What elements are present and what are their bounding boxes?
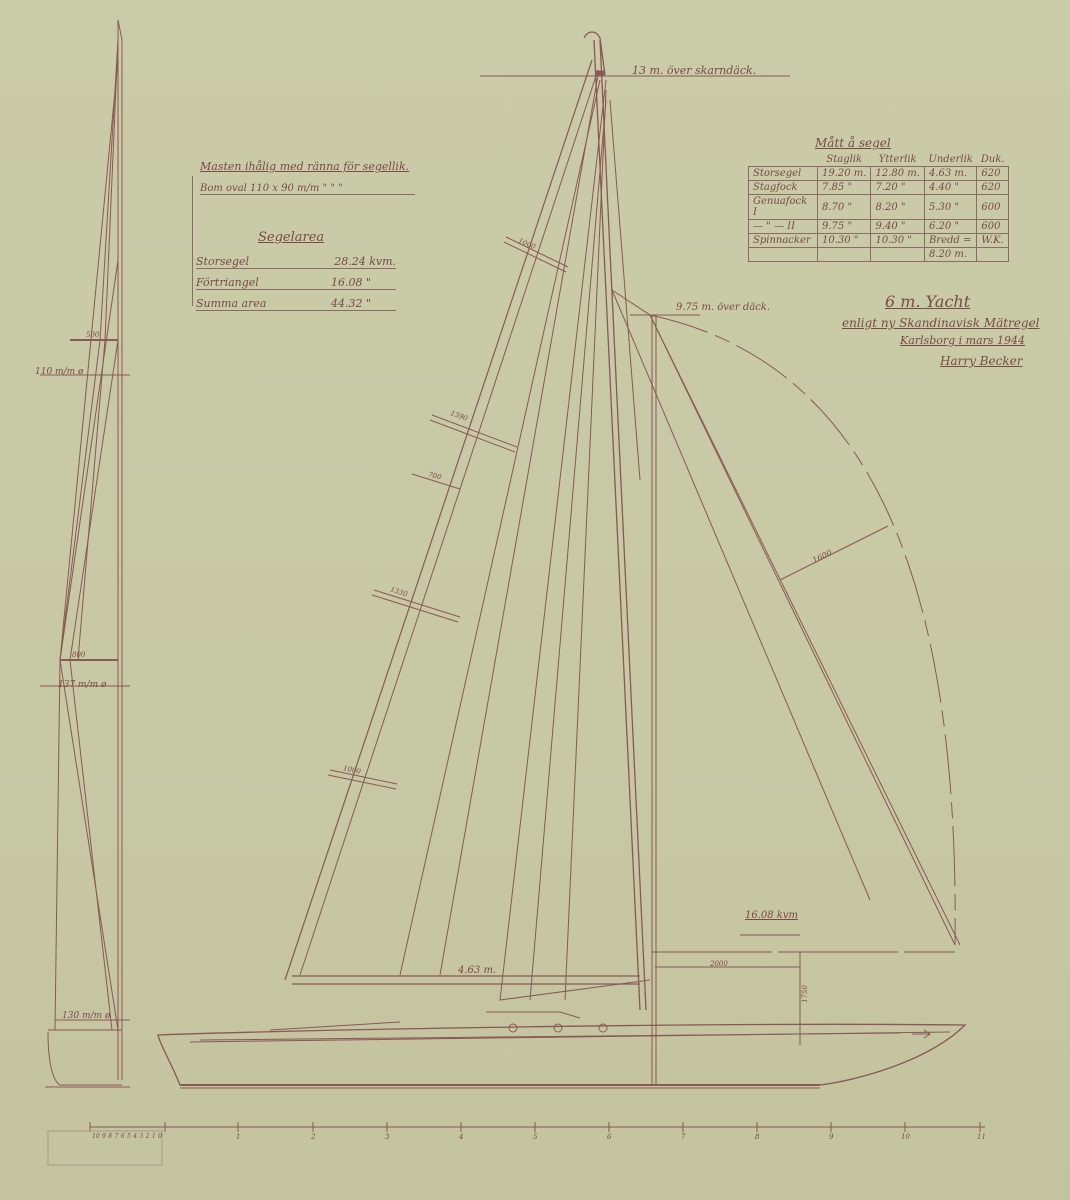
scale-tick-label: 2	[311, 1133, 315, 1141]
cell: 8.20 m.	[924, 248, 976, 262]
segelarea-heading: Segelarea	[258, 230, 324, 245]
scale-tick-label: 1	[152, 1133, 156, 1140]
table-row: — " — II 9.75 " 9.40 " 6.20 " 600	[749, 220, 1009, 234]
cell: 7.85 "	[818, 181, 871, 195]
segelarea-label: Summa area	[196, 297, 266, 310]
drawing-subtitle: enligt ny Skandinavisk Mätregel	[842, 316, 1040, 330]
scale-tick-label: 3	[139, 1133, 143, 1140]
scale-tick-label: 9	[102, 1133, 106, 1140]
col-header: Ytterlik	[871, 153, 924, 167]
scale-tick-label: 7	[681, 1133, 685, 1141]
mast-section-view	[40, 20, 130, 1087]
drawing-signature: Harry Becker	[940, 354, 1022, 368]
fore-height-note: 9.75 m. över däck.	[676, 302, 770, 313]
mast-note-line1: Masten ihålig med ränna för segellik.	[200, 160, 409, 173]
scale-tick-label: 4	[459, 1133, 463, 1141]
scale-tick-label: 7	[115, 1133, 119, 1140]
scale-tick-label: 5	[127, 1133, 131, 1140]
matt-heading: Mått å segel	[815, 136, 891, 150]
cell: 620	[977, 167, 1009, 181]
scale-tick-label: 8	[755, 1133, 759, 1141]
scale-tick-label: 11	[977, 1133, 986, 1141]
drawing-place-date: Karlsborg i mars 1944	[900, 334, 1025, 347]
segelarea-table: Storsegel 28.24 kvm. Förtriangel 16.08 "…	[196, 248, 396, 311]
table-row: Stagfock 7.85 " 7.20 " 4.40 " 620	[749, 181, 1009, 195]
cell: 4.63 m.	[924, 167, 976, 181]
col-header: Underlik	[924, 153, 976, 167]
segelarea-value: 16.08 "	[331, 276, 396, 289]
segelarea-row: Storsegel 28.24 kvm.	[196, 248, 396, 269]
matt-header-row: Staglik Ytterlik Underlik Duk.	[749, 153, 1009, 167]
scale-tick-label: 0	[158, 1133, 162, 1140]
segelarea-row: Förtriangel 16.08 "	[196, 269, 396, 290]
cell: 7.20 "	[871, 181, 924, 195]
cell: Storsegel	[749, 167, 818, 181]
scale-tick-label: 9	[829, 1133, 833, 1141]
cell: W.K.	[977, 234, 1009, 248]
drawing-title: 6 m. Yacht	[885, 292, 970, 311]
scale-sub-ticks: 10 9 8 7 6 5 4 3 2 1 0	[92, 1133, 162, 1140]
cell: 9.75 "	[818, 220, 871, 234]
scale-tick-label: 6	[607, 1133, 611, 1141]
mast-height-note: 13 m. över skarndäck.	[632, 64, 756, 77]
matt-table: Staglik Ytterlik Underlik Duk. Storsegel…	[748, 153, 1009, 262]
scale-tick-label: 3	[385, 1133, 389, 1141]
mast-dia-top: 110 m/m ø	[35, 367, 83, 377]
cell: — " — II	[749, 220, 818, 234]
spinnaker	[630, 315, 955, 1085]
mast-note-line2: Bom oval 110 x 90 m/m " " "	[200, 183, 415, 195]
spreader-lower-label: 800	[72, 651, 85, 659]
fore-area-label: 16.08 kvm	[745, 910, 798, 921]
table-row: Spinnacker 10.30 " 10.30 " Bredd = W.K.	[749, 234, 1009, 248]
main-mast	[480, 32, 790, 1010]
scale-tick-label: 6	[121, 1133, 125, 1140]
scale-tick-label: 10	[901, 1133, 910, 1141]
segelarea-label: Storsegel	[196, 255, 249, 268]
spreader-upper-label: 500	[86, 331, 99, 339]
cell: 6.20 "	[924, 220, 976, 234]
col-header	[749, 153, 818, 167]
cell: 9.40 "	[871, 220, 924, 234]
cell: 600	[977, 220, 1009, 234]
scale-tick-label: 4	[133, 1133, 137, 1140]
cell: 600	[977, 195, 1009, 220]
mast-dia-mid: 137 m/m ø	[58, 680, 106, 690]
scale-bar	[48, 1122, 985, 1165]
segelarea-label: Förtriangel	[196, 276, 259, 289]
cell: 12.80 m.	[871, 167, 924, 181]
boom-length-label: 4.63 m.	[458, 965, 496, 976]
segelarea-value: 28.24 kvm.	[334, 255, 396, 268]
scale-tick-label: 2	[146, 1133, 150, 1140]
cell: 10.30 "	[871, 234, 924, 248]
col-header: Staglik	[818, 153, 871, 167]
scale-tick-label: 5	[533, 1133, 537, 1141]
mast-dia-base: 130 m/m ø	[62, 1011, 110, 1021]
table-row: Storsegel 19.20 m. 12.80 m. 4.63 m. 620	[749, 167, 1009, 181]
segelarea-row: Summa area 44.32 "	[196, 290, 396, 311]
j-dim-label: 2000	[710, 960, 728, 968]
table-row: Genuafock I 8.70 " 8.20 " 5.30 " 600	[749, 195, 1009, 220]
cell	[871, 248, 924, 262]
i-dim-label: 1750	[801, 985, 809, 1003]
cell	[818, 248, 871, 262]
scale-tick-label: 1	[236, 1133, 240, 1141]
cell: Stagfock	[749, 181, 818, 195]
segelarea-border	[192, 176, 193, 306]
table-row: 8.20 m.	[749, 248, 1009, 262]
hull	[158, 1012, 965, 1088]
cell	[977, 248, 1009, 262]
cell	[749, 248, 818, 262]
col-header: Duk.	[977, 153, 1009, 167]
cell: 10.30 "	[818, 234, 871, 248]
cell: Bredd =	[924, 234, 976, 248]
scale-tick-label: 10	[92, 1133, 100, 1140]
cell: 8.20 "	[871, 195, 924, 220]
cell: 4.40 "	[924, 181, 976, 195]
cell: 620	[977, 181, 1009, 195]
segelarea-value: 44.32 "	[331, 297, 396, 310]
cell: Spinnacker	[749, 234, 818, 248]
cell: 8.70 "	[818, 195, 871, 220]
cell: 19.20 m.	[818, 167, 871, 181]
cell: Genuafock I	[749, 195, 818, 220]
scale-tick-label: 8	[108, 1133, 112, 1140]
cell: 5.30 "	[924, 195, 976, 220]
